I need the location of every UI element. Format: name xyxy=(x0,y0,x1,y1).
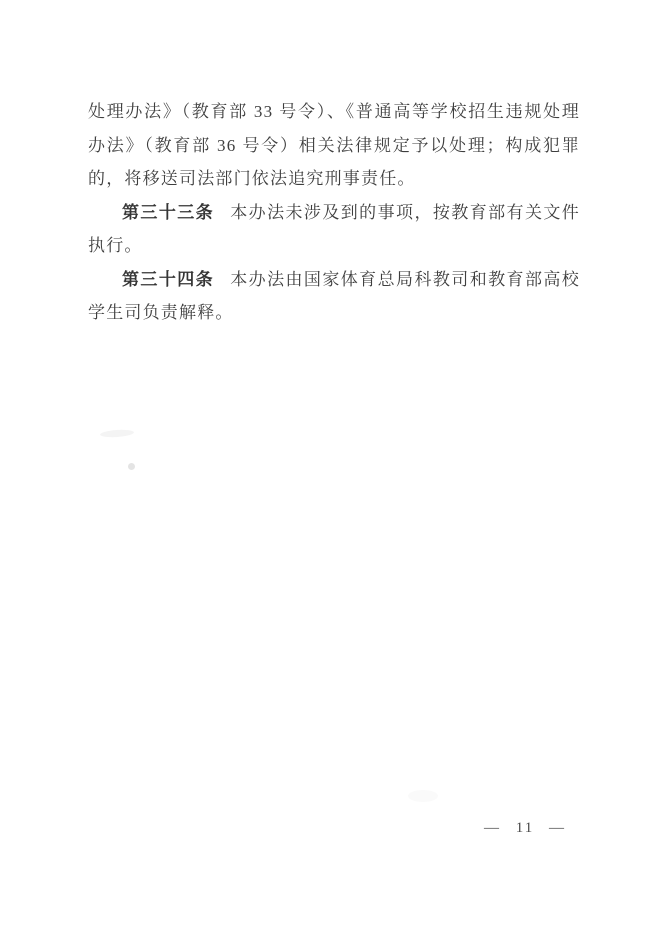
page-number-text: — 11 — xyxy=(484,820,566,836)
article-33-label: 第三十三条 xyxy=(122,203,214,222)
document-page: 处理办法》（教育部 33 号令）、《普通高等学校招生违规处理办法》（教育部 36… xyxy=(0,0,662,936)
scan-smudge xyxy=(408,790,438,802)
paragraph-continuation-text: 处理办法》（教育部 33 号令）、《普通高等学校招生违规处理办法》（教育部 36… xyxy=(88,102,580,188)
paragraph-article-33: 第三十三条本办法未涉及到的事项，按教育部有关文件执行。 xyxy=(88,196,580,263)
paragraph-continuation: 处理办法》（教育部 33 号令）、《普通高等学校招生违规处理办法》（教育部 36… xyxy=(88,95,580,196)
article-34-label: 第三十四条 xyxy=(122,270,214,289)
scan-smudge xyxy=(100,429,134,438)
document-body: 处理办法》（教育部 33 号令）、《普通高等学校招生违规处理办法》（教育部 36… xyxy=(88,95,580,330)
paragraph-article-34: 第三十四条本办法由国家体育总局科教司和教育部高校学生司负责解释。 xyxy=(88,263,580,330)
page-number: — 11 — xyxy=(484,820,566,837)
scan-speck xyxy=(128,463,135,470)
